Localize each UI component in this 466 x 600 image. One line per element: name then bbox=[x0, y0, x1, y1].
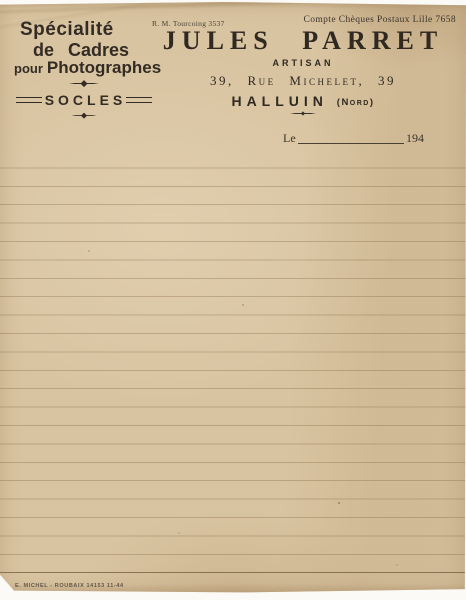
city: HALLUIN bbox=[231, 93, 327, 109]
specialty-line-1: Spécialité bbox=[20, 20, 154, 39]
double-rule-right bbox=[126, 97, 152, 103]
specialty-line-3-small: pour bbox=[14, 61, 43, 77]
diamond-ornament bbox=[71, 113, 97, 119]
diamond-ornament bbox=[69, 80, 99, 87]
ruled-lines bbox=[0, 150, 466, 576]
date-year-stub: 194 bbox=[406, 131, 424, 146]
company-name: JULES PARRET bbox=[150, 28, 456, 54]
bottom-rule-line bbox=[0, 572, 466, 573]
street-address: 39, Rue Michelet, 39 bbox=[150, 73, 456, 89]
paper-sheet: Spécialité de Cadres pour Photographes S… bbox=[0, 2, 466, 593]
city-line: HALLUIN (Nord) bbox=[150, 93, 456, 109]
postal-account-note: Compte Chèques Postaux Lille 7658 bbox=[303, 15, 456, 25]
underline-ornament bbox=[290, 111, 316, 116]
socles-row: SOCLES bbox=[14, 92, 154, 108]
specialty-line-2: de Cadres bbox=[33, 43, 154, 58]
scanned-letterhead: Spécialité de Cadres pour Photographes S… bbox=[0, 0, 466, 600]
specialty-block: Spécialité de Cadres pour Photographes S… bbox=[14, 20, 154, 119]
date-fill-rule bbox=[298, 142, 404, 144]
specialty-line-3: pour Photographes bbox=[14, 60, 154, 77]
region: (Nord) bbox=[337, 97, 375, 108]
paper-specks bbox=[338, 502, 340, 504]
printer-imprint: E. MICHEL - ROUBAIX 14153 11-44 bbox=[15, 583, 124, 589]
double-rule-left bbox=[16, 97, 42, 103]
socles-label: SOCLES bbox=[42, 92, 127, 108]
company-header: JULES PARRET ARTISAN 39, Rue Michelet, 3… bbox=[150, 28, 456, 116]
specialty-line-3-main: Photographes bbox=[47, 60, 161, 76]
date-line: Le 194 bbox=[283, 131, 424, 146]
date-prefix: Le bbox=[283, 131, 296, 146]
company-title: ARTISAN bbox=[150, 58, 456, 68]
